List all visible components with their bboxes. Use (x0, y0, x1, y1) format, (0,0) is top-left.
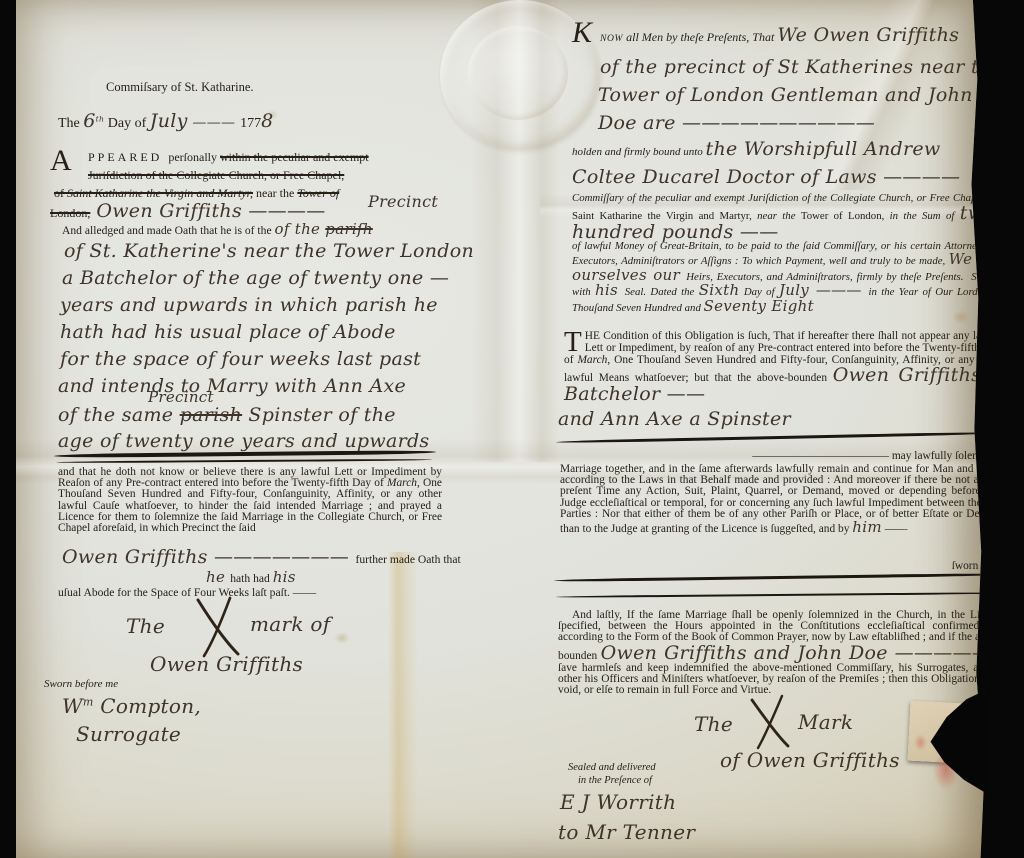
commissary-heading: Commiſsary of St. Katharine. (106, 80, 254, 95)
section-rule-right-thin (556, 592, 1004, 598)
paper-sheet: Commiſsary of St. Katharine. The 6th Day… (16, 0, 988, 858)
foxing-spot (334, 632, 350, 644)
mark-signature-name: of Owen Griffiths (720, 748, 900, 772)
lett-impediment-paragraph: and that he doth not know or believe the… (58, 467, 442, 534)
scanned-document-photo: Commiſsary of St. Katharine. The 6th Day… (0, 0, 1024, 858)
obligor-hand-line: of the precinct of St Katherines near th… (600, 56, 1003, 78)
allegation-hand-line: years and upwards in which parish he (60, 294, 438, 316)
date-line: The 6th Day of July ——— 1778 (58, 112, 273, 132)
surrogate-title: Surrogate (76, 722, 181, 746)
allegation-hand-line: of the same parish Spinster of the (58, 404, 396, 426)
allegation-hand-line: and intends to Marry with Ann Axe (58, 375, 406, 397)
sealed-delivered-label-2: in the Preſence of (578, 775, 652, 786)
allegation-hand-line: a Batchelor of the age of twenty one — (62, 267, 449, 289)
x-mark-icon (744, 694, 794, 750)
allegation-hand-line: age of twenty one years and upwards (58, 430, 429, 452)
may-lawfully-solemnize-line: ———————————— may lawfully ſolemnize (560, 450, 1000, 462)
mark-label-mark: Mark (798, 710, 853, 734)
allegation-hand-line: of St. Katherine's near the Tower London (64, 240, 474, 262)
obligor-hand-line: Doe are —————————— (598, 112, 875, 134)
precinct-insertion-2: Precinct (148, 388, 214, 406)
witness-signature-1: E J Worrith (560, 790, 676, 814)
mark-label-the: The (126, 614, 165, 638)
sealed-delivered-label-1: Sealed and delivered (568, 762, 656, 773)
know-all-men-line: NOW all Men by theſe Preſents, That We O… (600, 26, 959, 45)
allegation-hand-line: hath had his usual place of Abode (60, 321, 396, 343)
precinct-insertion-1: Precinct (368, 192, 438, 211)
sworn-before-me-label: Sworn before me (44, 678, 118, 690)
sworn-to-label: ſworn to (560, 560, 990, 572)
oath-line: Owen Griffiths ——————— further made Oath… (62, 548, 461, 567)
witness-signature-2: to Mr Tenner (558, 820, 695, 844)
allegation-hand-line: for the space of four weeks last past (60, 348, 421, 370)
mark-signature-name: Owen Griffiths (150, 652, 303, 676)
appeared-line-4: London, Owen Griffiths ———— (50, 202, 326, 221)
condition-of-obligation-paragraph: THE Condition of this Obligation is ſuch… (564, 330, 1002, 404)
section-divider-rule-thin (56, 459, 432, 463)
obligor-hand-line: Tower of London Gentleman and John (598, 84, 973, 106)
signature-underline (556, 431, 1002, 443)
surrogate-signature: Wm Compton, (62, 694, 201, 718)
x-mark-icon (188, 596, 244, 658)
drop-cap-a: A (50, 148, 72, 174)
appeared-line-1: PPEARED perſonally within the peculiar a… (88, 150, 369, 165)
holden-bound-line: holden and firmly bound unto the Worship… (572, 140, 940, 159)
alledged-line: And alledged and made Oath that he is of… (62, 222, 373, 237)
commissary-jurisdiction-paragraph: Commiſſary of the peculiar and exempt Ju… (572, 192, 996, 242)
marriage-together-paragraph: Marriage together, and in the ſame after… (560, 464, 1002, 535)
obligee-name-line: Coltee Ducarel Doctor of Laws ———— (572, 166, 960, 188)
stain-band-vertical (388, 552, 418, 858)
embossed-seal-inner-ring (468, 26, 568, 120)
and-lastly-paragraph: And laſtly, If the ſame Marriage ſhall b… (558, 610, 1006, 696)
section-rule-right-thick (554, 573, 1004, 582)
mark-label-mark-of: mark of (250, 612, 330, 636)
appeared-line-2: Juriſdiction of the Collegiate Church, o… (88, 168, 344, 183)
lawful-money-paragraph: of lawful Money of Great-Britain, to be … (572, 240, 1000, 314)
mark-label-the: The (694, 712, 733, 736)
drop-cap-k: K (572, 20, 592, 46)
appeared-line-3: of Saint Katharine the Virgin and Martyr… (54, 186, 339, 201)
ann-axe-spinster-line: and Ann Axe a Spinster (558, 408, 791, 430)
wax-seal-residue (914, 734, 927, 751)
oath-line-2: he hath had his (206, 570, 296, 585)
